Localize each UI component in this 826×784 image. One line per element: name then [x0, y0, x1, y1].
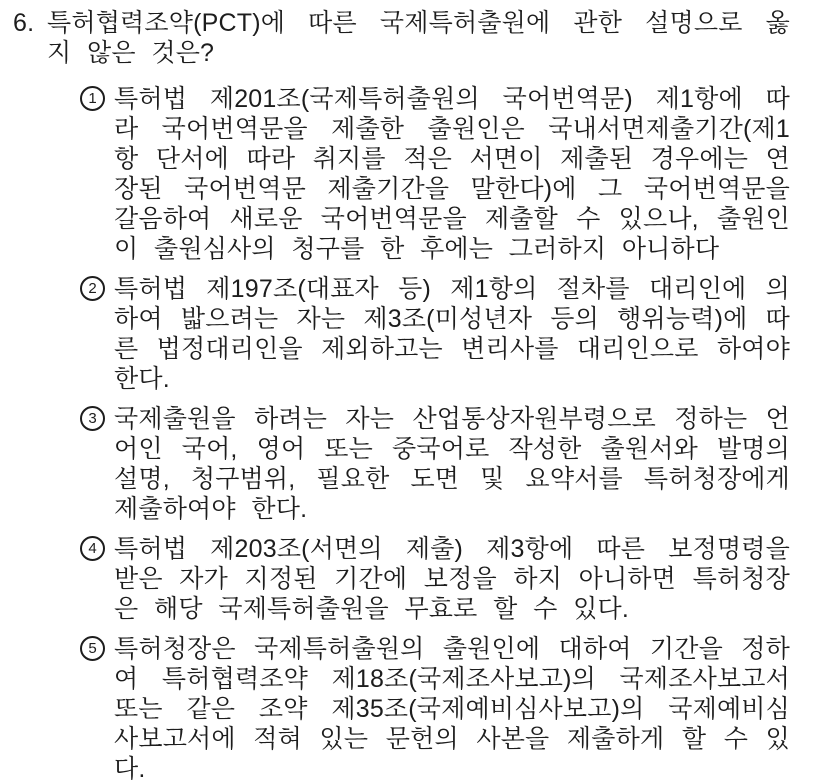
option-line: 갈음하여 새로운 국어번역문을 제출할 수 있으나, 출원인 [114, 204, 790, 234]
option-line: 한다. [114, 364, 790, 394]
question-block: 6. 특허협력조약(PCT)에 따른 국제특허출원에 관한 설명으로 옳 지 않… [13, 8, 790, 68]
option-2-text: 특허법 제197조(대표자 등) 제1항의 절차를 대리인에 의 하여 밟으려는… [114, 274, 790, 394]
circled-number-icon: 1 [80, 86, 105, 111]
option-3-text: 국제출원을 하려는 자는 산업통상자원부령으로 정하는 언 어인 국어, 영어 … [114, 404, 790, 524]
option-3-marker: 3 [80, 404, 114, 431]
option-1-marker: 1 [80, 84, 114, 111]
option-line: 어인 국어, 영어 또는 중국어로 작성한 출원서와 발명의 [114, 434, 790, 464]
option-1: 1 특허법 제201조(국제특허출원의 국어번역문) 제1항에 따 라 국어번역… [80, 84, 790, 264]
option-2-marker: 2 [80, 274, 114, 301]
option-4-text: 특허법 제203조(서면의 제출) 제3항에 따른 보정명령을 받은 자가 지정… [114, 534, 790, 624]
question-line: 지 않은 것은? [47, 38, 790, 68]
option-line: 은 해당 국제특허출원을 무효로 할 수 있다. [114, 594, 790, 624]
option-2: 2 특허법 제197조(대표자 등) 제1항의 절차를 대리인에 의 하여 밟으… [80, 274, 790, 394]
circled-number-icon: 3 [80, 406, 105, 431]
option-5: 5 특허청장은 국제특허출원의 출원인에 대하여 기간을 정하 여 특허협력조약… [80, 634, 790, 784]
question-line: 특허협력조약(PCT)에 따른 국제특허출원에 관한 설명으로 옳 [47, 8, 790, 38]
option-line: 사보고서에 적혀 있는 문헌의 사본을 제출하게 할 수 있 [114, 724, 790, 754]
option-line: 제출하여야 한다. [114, 494, 790, 524]
option-line: 설명, 청구범위, 필요한 도면 및 요약서를 특허청장에게 [114, 464, 790, 494]
option-line: 장된 국어번역문 제출기간을 말한다)에 그 국어번역문을 [114, 174, 790, 204]
option-5-marker: 5 [80, 634, 114, 661]
option-line: 항 단서에 따라 취지를 적은 서면이 제출된 경우에는 연 [114, 144, 790, 174]
option-line: 특허법 제201조(국제특허출원의 국어번역문) 제1항에 따 [114, 84, 790, 114]
exam-question-page: 6. 특허협력조약(PCT)에 따른 국제특허출원에 관한 설명으로 옳 지 않… [0, 0, 826, 784]
option-line: 라 국어번역문을 제출한 출원인은 국내서면제출기간(제1 [114, 114, 790, 144]
circled-number-icon: 5 [80, 636, 105, 661]
option-line: 국제출원을 하려는 자는 산업통상자원부령으로 정하는 언 [114, 404, 790, 434]
option-4-marker: 4 [80, 534, 114, 561]
option-3: 3 국제출원을 하려는 자는 산업통상자원부령으로 정하는 언 어인 국어, 영… [80, 404, 790, 524]
option-line: 다. [114, 754, 790, 784]
option-line: 특허청장은 국제특허출원의 출원인에 대하여 기간을 정하 [114, 634, 790, 664]
question-text: 특허협력조약(PCT)에 따른 국제특허출원에 관한 설명으로 옳 지 않은 것… [47, 8, 790, 68]
option-line: 른 법정대리인을 제외하고는 변리사를 대리인으로 하여야 [114, 334, 790, 364]
circled-number-icon: 2 [80, 276, 105, 301]
option-line: 또는 같은 조약 제35조(국제예비심사보고)의 국제예비심 [114, 694, 790, 724]
option-line: 여 특허협력조약 제18조(국제조사보고)의 국제조사보고서 [114, 664, 790, 694]
circled-number-icon: 4 [80, 536, 105, 561]
option-5-text: 특허청장은 국제특허출원의 출원인에 대하여 기간을 정하 여 특허협력조약 제… [114, 634, 790, 784]
option-line: 특허법 제203조(서면의 제출) 제3항에 따른 보정명령을 [114, 534, 790, 564]
option-line: 특허법 제197조(대표자 등) 제1항의 절차를 대리인에 의 [114, 274, 790, 304]
option-line: 이 출원심사의 청구를 한 후에는 그러하지 아니하다 [114, 234, 790, 264]
question-number: 6. [13, 8, 47, 38]
option-line: 하여 밟으려는 자는 제3조(미성년자 등의 행위능력)에 따 [114, 304, 790, 334]
option-4: 4 특허법 제203조(서면의 제출) 제3항에 따른 보정명령을 받은 자가 … [80, 534, 790, 624]
option-1-text: 특허법 제201조(국제특허출원의 국어번역문) 제1항에 따 라 국어번역문을… [114, 84, 790, 264]
option-line: 받은 자가 지정된 기간에 보정을 하지 아니하면 특허청장 [114, 564, 790, 594]
